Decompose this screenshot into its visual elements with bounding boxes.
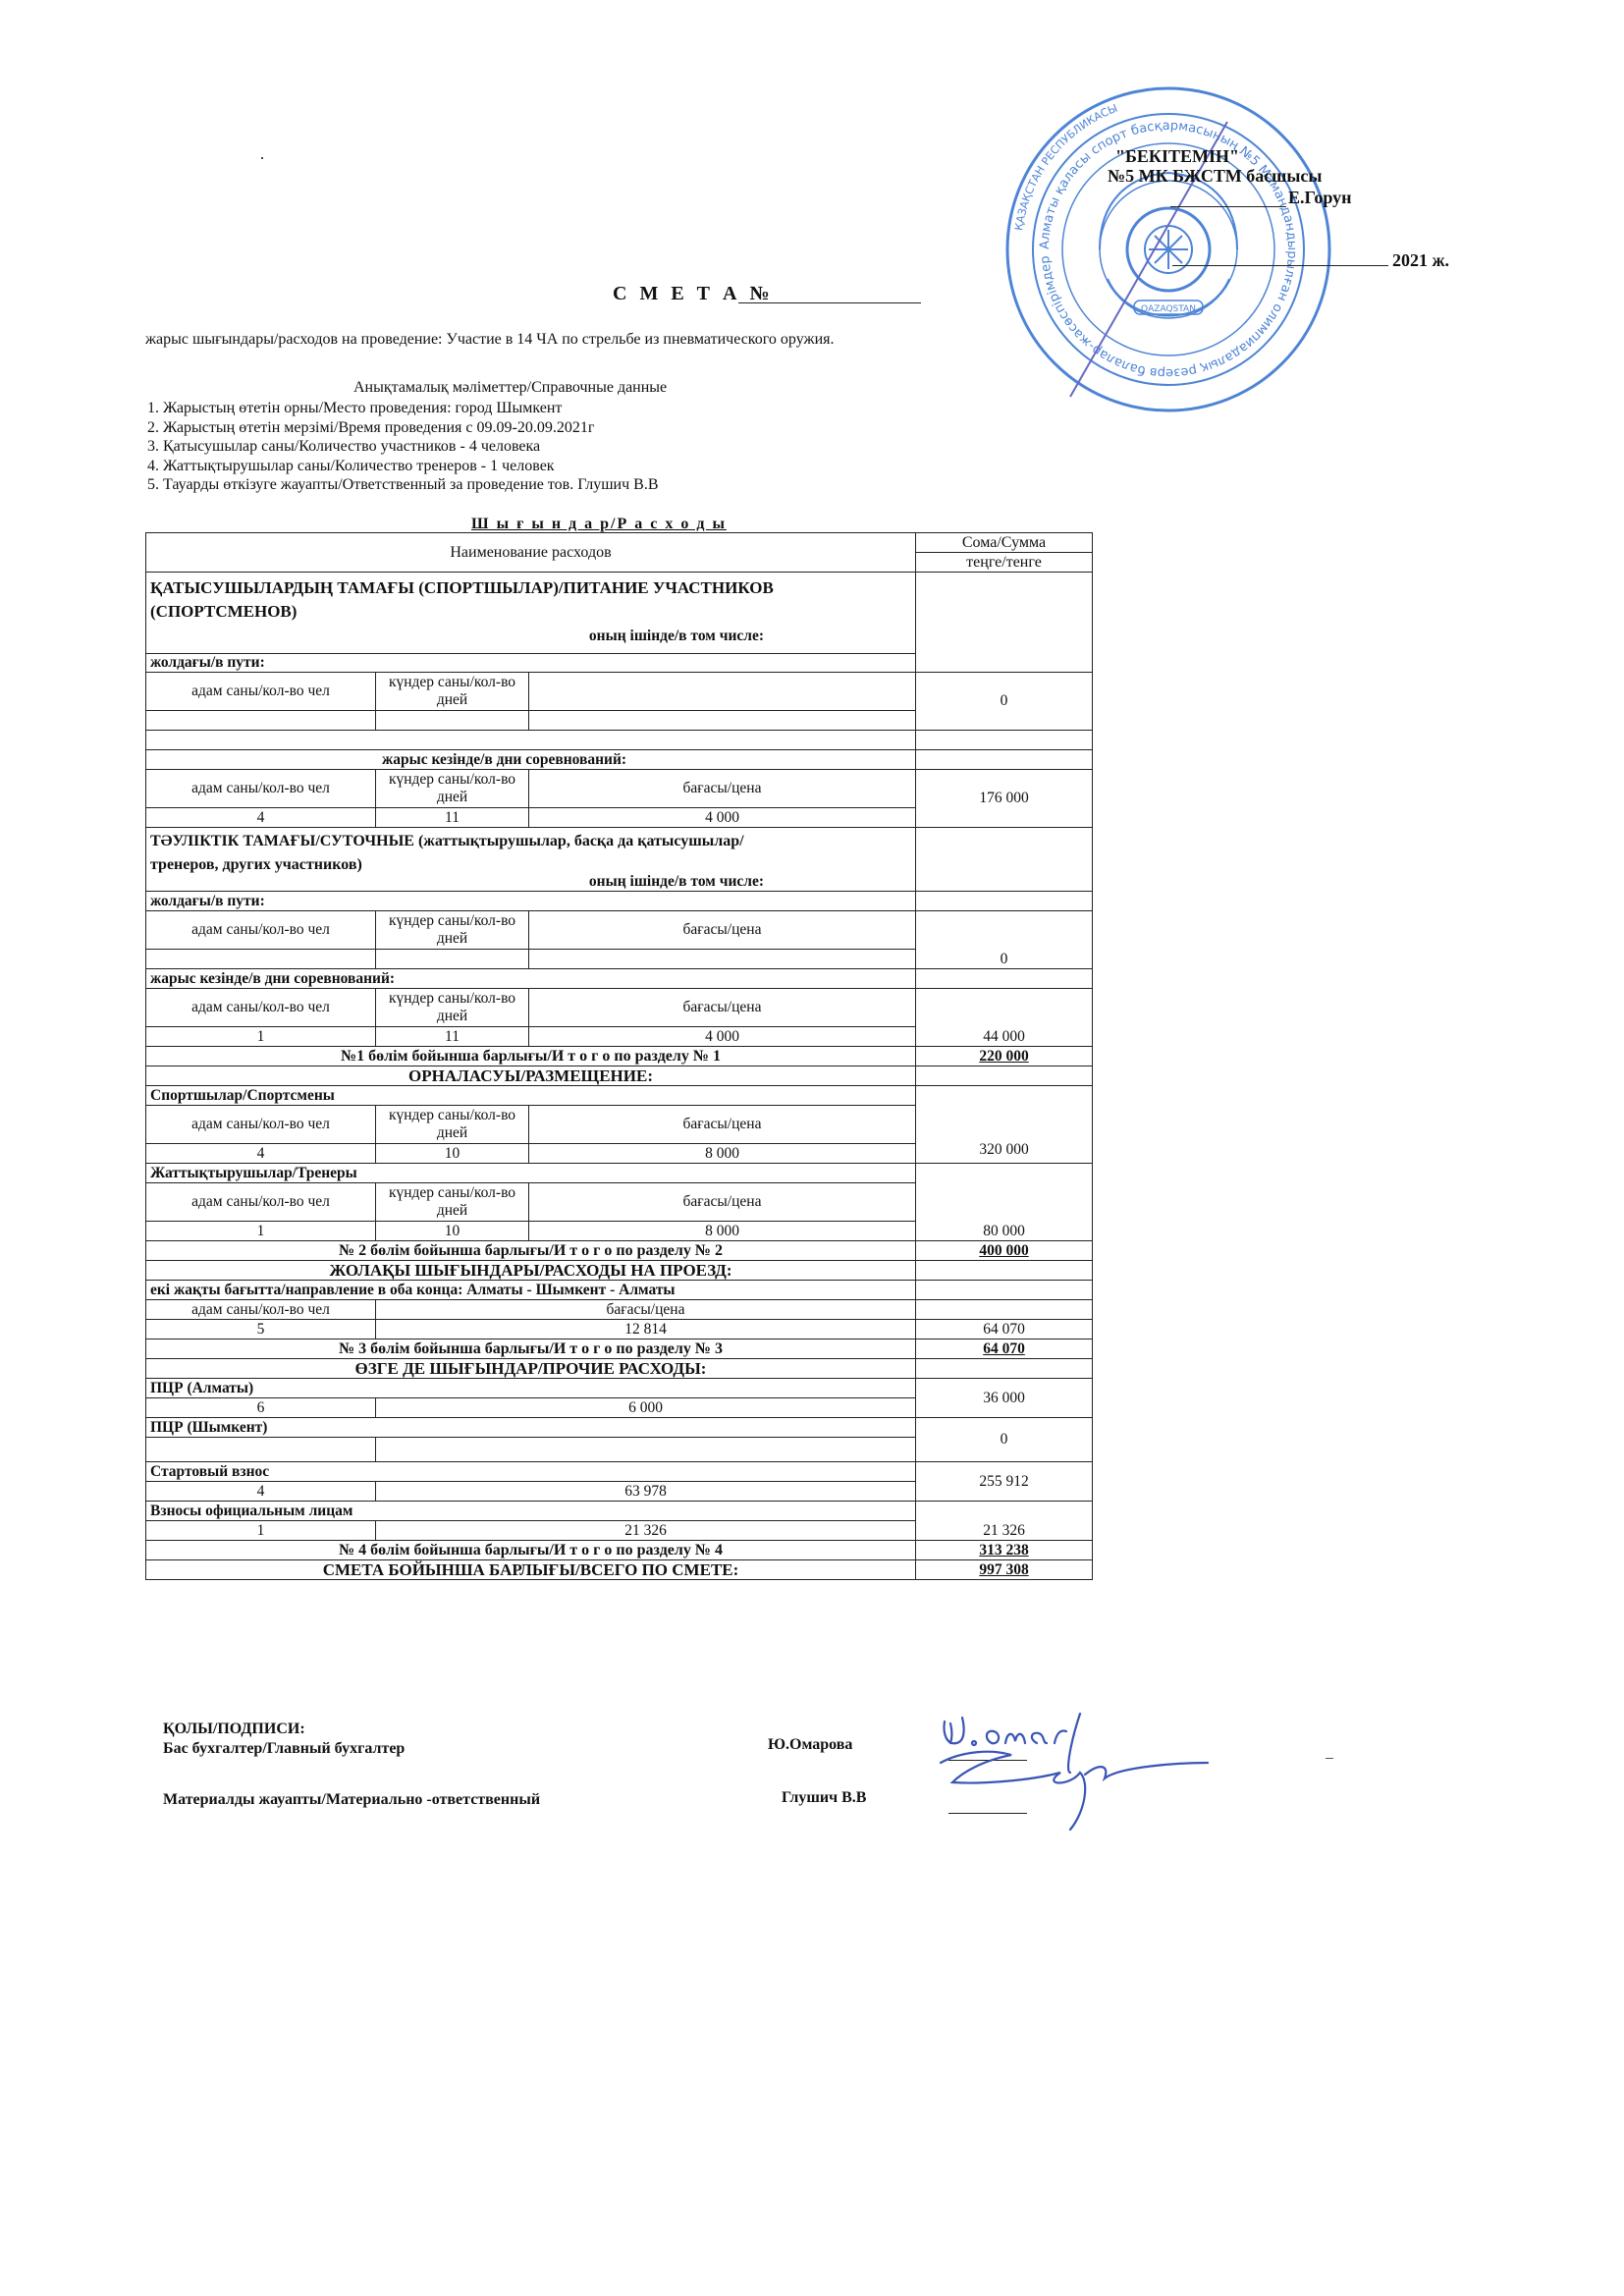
handwritten-signatures xyxy=(923,1704,1218,1831)
food-comp-sum: 176 000 xyxy=(916,770,1093,828)
section1-daily-title: ТӘУЛІКТІК ТАМАҒЫ/СУТОЧНЫЕ (жаттықтырушыл… xyxy=(150,830,779,877)
signature-name: Ю.Омарова xyxy=(768,1736,852,1754)
table-row: адам саны/кол-во чел күндер саны/кол-во … xyxy=(146,911,1093,950)
table-row: адам саны/кол-во чел күндер саны/кол-во … xyxy=(146,673,1093,711)
grand-total-row: СМЕТА БОЙЫНША БАРЛЫҒЫ/ВСЕГО ПО СМЕТЕ: 99… xyxy=(146,1560,1093,1580)
daily-comp-price: 4 000 xyxy=(529,1027,916,1047)
food-comp-days: 11 xyxy=(376,808,529,828)
start-fee-sum: 255 912 xyxy=(916,1462,1093,1502)
pcr-almaty-label: ПЦР (Алматы) xyxy=(146,1379,916,1398)
table-row: адам саны/кол-во чел күндер саны/кол-во … xyxy=(146,770,1093,808)
section1-total-row: №1 бөлім бойынша барлығы/И т о г о по ра… xyxy=(146,1047,1093,1066)
grand-total: 997 308 xyxy=(916,1560,1093,1580)
section1-total: 220 000 xyxy=(916,1047,1093,1066)
section2-total-label: № 2 бөлім бойынша барлығы/И т о г о по р… xyxy=(146,1241,916,1261)
table-row: ТӘУЛІКТІК ТАМАҒЫ/СУТОЧНЫЕ (жаттықтырушыл… xyxy=(146,828,1093,892)
food-comp-people: 4 xyxy=(146,808,376,828)
svg-text:Алматы қаласы спорт басқармасы: Алматы қаласы спорт басқармасының №5 Мам… xyxy=(1001,82,1299,380)
official-stamp: QAZAQSTAN ҚАЗАҚСТАН РЕСПУБЛИКАСЫ Алматы … xyxy=(1001,82,1335,416)
pcr-almaty-qty: 6 xyxy=(146,1398,376,1418)
start-fee-qty: 4 xyxy=(146,1482,376,1502)
pcr-shymkent-sum: 0 xyxy=(916,1418,1093,1462)
section4-total: 313 238 xyxy=(916,1541,1093,1560)
header-name-col: Наименование расходов xyxy=(146,533,916,573)
athletes-days: 10 xyxy=(376,1144,529,1164)
reference-item: 2. Жарыстың өтетін мерзімі/Время проведе… xyxy=(147,418,659,438)
section4-total-label: № 4 бөлім бойынша барлығы/И т о г о по р… xyxy=(146,1541,916,1560)
coaches-days: 10 xyxy=(376,1222,529,1241)
coaches-price: 8 000 xyxy=(529,1222,916,1241)
pcr-almaty-sum: 36 000 xyxy=(916,1379,1093,1418)
food-comp-price: 4 000 xyxy=(529,808,916,828)
travel-price: 12 814 xyxy=(376,1320,916,1339)
coaches-people: 1 xyxy=(146,1222,376,1241)
svg-text:QAZAQSTAN: QAZAQSTAN xyxy=(1141,304,1196,314)
officials-fee-label: Взносы официальным лицам xyxy=(146,1502,916,1521)
daily-comp-people: 1 xyxy=(146,1027,376,1047)
document-subject: жарыс шығындары/расходов на проведение: … xyxy=(145,331,834,349)
officials-fee-sum: 21 326 xyxy=(916,1502,1093,1541)
reference-item: 1. Жарыстың өтетін орны/Место проведения… xyxy=(147,399,659,418)
food-road-people xyxy=(146,711,376,731)
on-road-label: жолдағы/в пути: xyxy=(146,654,916,673)
reference-title: Анықтамалық мәліметтер/Справочные данные xyxy=(353,379,667,397)
officials-fee-price: 21 326 xyxy=(376,1521,916,1541)
section1-total-label: №1 бөлім бойынша барлығы/И т о г о по ра… xyxy=(146,1047,916,1066)
competition-days-label: жарыс кезінде/в дни соревнований: xyxy=(146,750,916,770)
pcr-shymkent-label: ПЦР (Шымкент) xyxy=(146,1418,916,1438)
officials-fee-qty: 1 xyxy=(146,1521,376,1541)
section3-total-label: № 3 бөлім бойынша барлығы/И т о г о по р… xyxy=(146,1339,916,1359)
approval-date-line xyxy=(1172,265,1388,266)
section1-food-title: ҚАТЫСУШЫЛАРДЫҢ ТАМАҒЫ (СПОРТШЫЛАР)/ПИТАН… xyxy=(150,576,857,624)
daily-road-days xyxy=(376,950,529,969)
coaches-label: Жаттықтырушылар/Тренеры xyxy=(146,1164,916,1183)
document-number-blank xyxy=(738,302,921,303)
header-sum-col: Сома/Сумма xyxy=(916,533,1093,553)
expenses-title: Ш ы ғ ы н д а р/Р а с х о д ы xyxy=(471,516,727,533)
table-row: адам саны/кол-во чел күндер саны/кол-во … xyxy=(146,989,1093,1027)
scan-speck xyxy=(261,157,263,159)
scan-mark xyxy=(1326,1758,1333,1759)
reference-item: 5. Тауарды өткізуге жауапты/Ответственны… xyxy=(147,475,659,495)
daily-road-sum: 0 xyxy=(916,911,1093,969)
approval-name: Е.Горун xyxy=(1288,187,1352,208)
reference-list: 1. Жарыстың өтетін орны/Место проведения… xyxy=(147,399,659,495)
daily-road-price xyxy=(529,950,916,969)
including-label: оның ішінде/в том числе: xyxy=(150,628,911,645)
food-road-price xyxy=(529,711,916,731)
section4-title: ӨЗГЕ ДЕ ШЫҒЫНДАР/ПРОЧИЕ РАСХОДЫ: xyxy=(146,1359,916,1379)
travel-sum: 64 070 xyxy=(916,1320,1093,1339)
expenses-table: Наименование расходов Сома/Сумма теңге/т… xyxy=(145,532,1093,1580)
section3-title: ЖОЛАҚЫ ШЫҒЫНДАРЫ/РАСХОДЫ НА ПРОЕЗД: xyxy=(146,1261,916,1281)
signature-role: Материалды жауапты/Материально -ответств… xyxy=(163,1791,540,1809)
signatures-title: ҚОЛЫ/ПОДПИСИ: xyxy=(163,1721,305,1738)
daily-comp-sum: 44 000 xyxy=(916,989,1093,1047)
food-road-days xyxy=(376,711,529,731)
table-row: ҚАТЫСУШЫЛАРДЫҢ ТАМАҒЫ (СПОРТШЫЛАР)/ПИТАН… xyxy=(146,573,1093,654)
section2-total-row: № 2 бөлім бойынша барлығы/И т о г о по р… xyxy=(146,1241,1093,1261)
approval-year: 2021 ж. xyxy=(1392,249,1449,271)
reference-item: 3. Қатысушылар саны/Количество участнико… xyxy=(147,437,659,457)
grand-total-label: СМЕТА БОЙЫНША БАРЛЫҒЫ/ВСЕГО ПО СМЕТЕ: xyxy=(146,1560,916,1580)
section3-total: 64 070 xyxy=(916,1339,1093,1359)
athletes-label: Спортшылар/Спортсмены xyxy=(146,1086,916,1106)
reference-item: 4. Жаттықтырушылар саны/Количество трене… xyxy=(147,457,659,476)
start-fee-label: Стартовый взнос xyxy=(146,1462,916,1482)
header-currency-col: теңге/тенге xyxy=(916,553,1093,573)
table-row: адам саны/кол-во чел бағасы/цена xyxy=(146,1300,1093,1320)
daily-road-people xyxy=(146,950,376,969)
approval-signature-line xyxy=(1170,206,1286,207)
section2-total: 400 000 xyxy=(916,1241,1093,1261)
athletes-sum: 320 000 xyxy=(916,1086,1093,1164)
table-header-row: Наименование расходов Сома/Сумма xyxy=(146,533,1093,553)
athletes-people: 4 xyxy=(146,1144,376,1164)
start-fee-price: 63 978 xyxy=(376,1482,916,1502)
approval-position: №5 МК БЖСТМ басшысы xyxy=(1108,165,1322,187)
travel-people: 5 xyxy=(146,1320,376,1339)
athletes-price: 8 000 xyxy=(529,1144,916,1164)
col-price-label: бағасы/цена xyxy=(529,770,916,808)
col-people-label: адам саны/кол-во чел xyxy=(146,673,376,711)
signature-role: Бас бухгалтер/Главный бухгалтер xyxy=(163,1740,405,1758)
pcr-almaty-price: 6 000 xyxy=(376,1398,916,1418)
section2-title: ОРНАЛАСУЫ/РАЗМЕЩЕНИЕ: xyxy=(146,1066,916,1086)
route-label: екі жақты бағытта/направление в оба конц… xyxy=(146,1281,916,1300)
food-road-sum: 0 xyxy=(916,673,1093,731)
section4-total-row: № 4 бөлім бойынша барлығы/И т о г о по р… xyxy=(146,1541,1093,1560)
col-days-label: күндер саны/кол-во дней xyxy=(376,673,529,711)
coaches-sum: 80 000 xyxy=(916,1164,1093,1241)
section3-total-row: № 3 бөлім бойынша барлығы/И т о г о по р… xyxy=(146,1339,1093,1359)
daily-comp-days: 11 xyxy=(376,1027,529,1047)
approval-heading: "БЕКІТЕМІН" xyxy=(1115,145,1239,167)
signature-name: Глушич В.В xyxy=(782,1789,866,1807)
